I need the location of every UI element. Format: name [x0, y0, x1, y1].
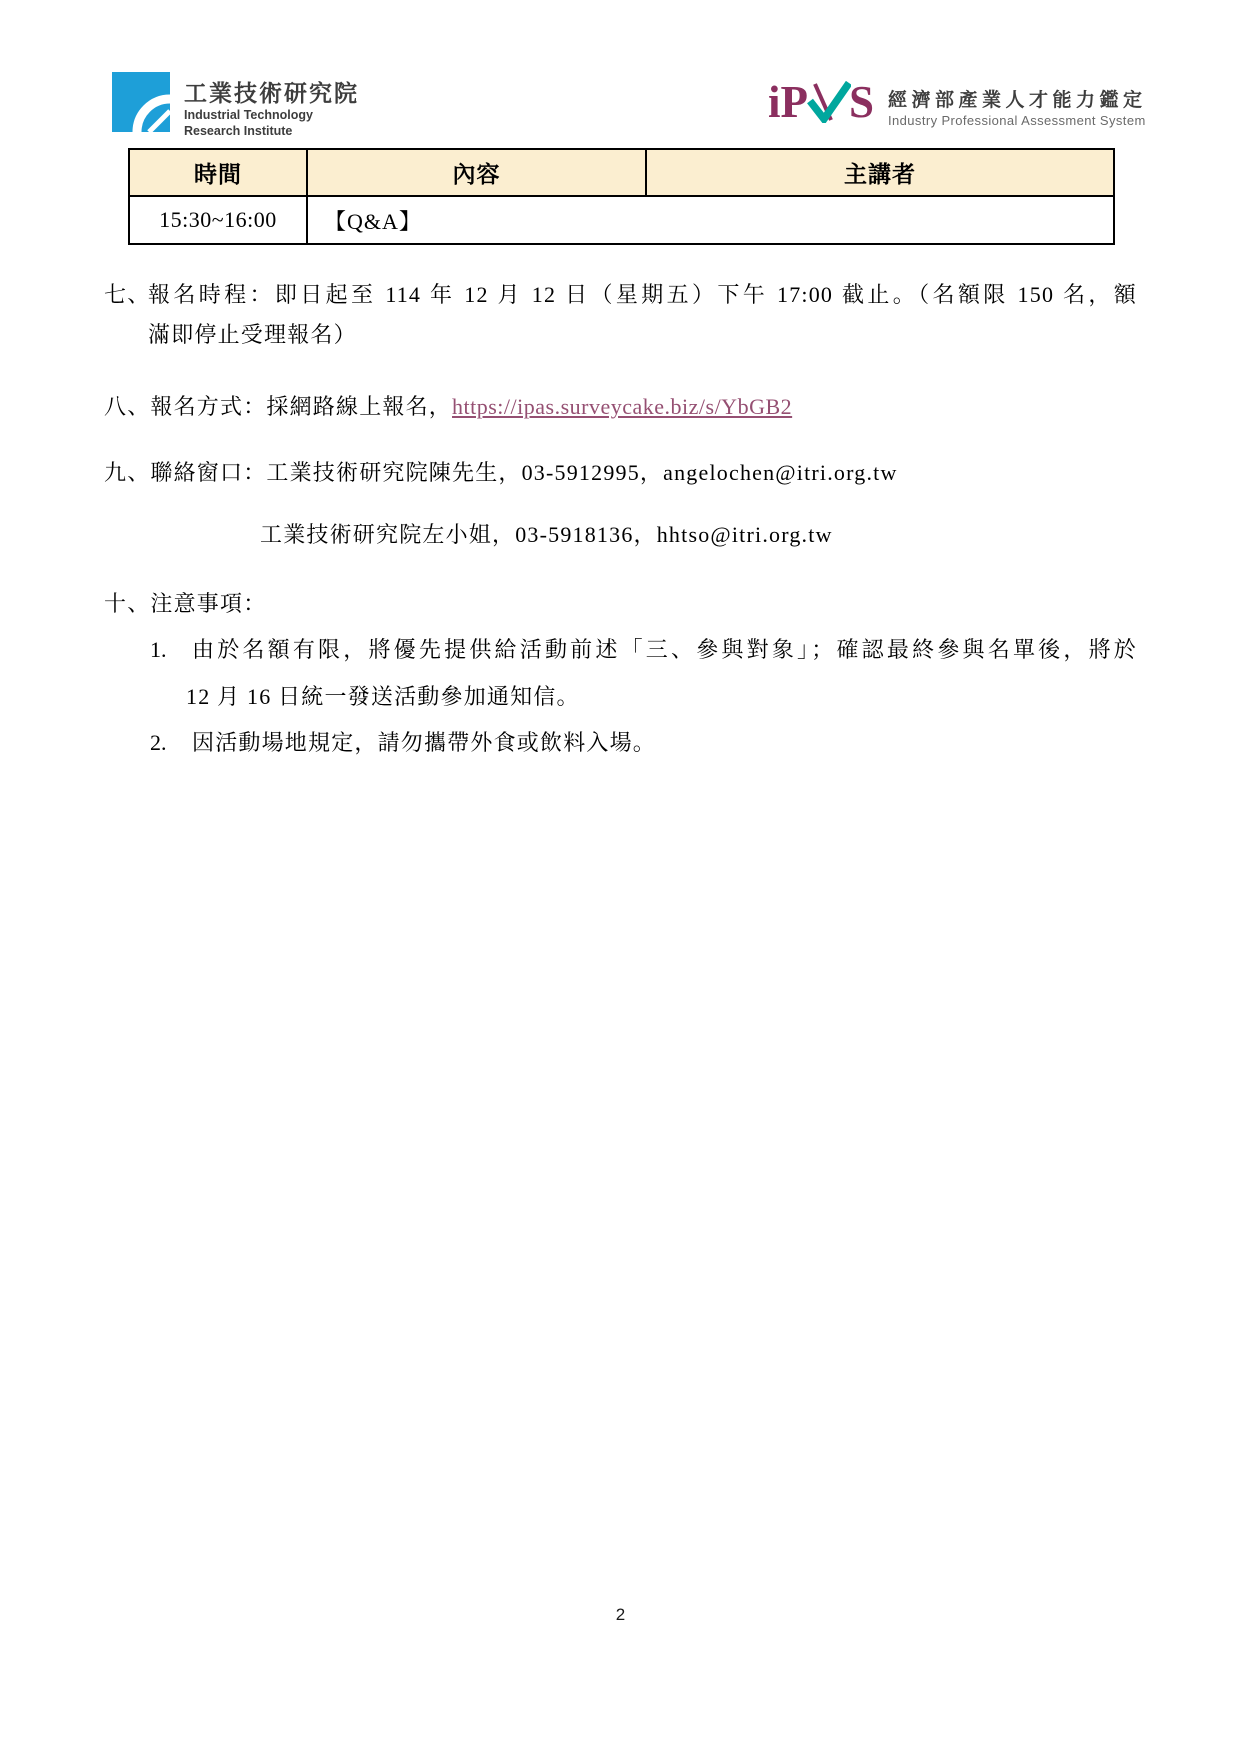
section-9-line-2: 工業技術研究院左小姐，03-5918136，hhtso@itri.org.tw	[260, 520, 1241, 550]
note-item-2-number: 2.	[150, 728, 167, 758]
section-9-label: 九、	[104, 460, 150, 485]
cell-content: 【Q&A】	[307, 196, 1114, 244]
section-8-label: 八、	[104, 394, 150, 419]
table-header-row: 時間 內容 主講者	[129, 149, 1114, 196]
page-number: 2	[0, 1605, 1241, 1625]
section-10-heading: 注意事項：	[150, 591, 266, 616]
section-7-text-2: 滿即停止受理報名）	[148, 322, 357, 347]
note-item-2-text: 因活動場地規定，請勿攜帶外食或飲料入場。	[192, 728, 1137, 758]
section-8-line: 八、報名方式：採網路線上報名，https://ipas.surveycake.b…	[104, 392, 1137, 422]
ipas-wordmark-suffix: S	[849, 80, 874, 125]
itri-logo-mark-icon	[112, 72, 170, 132]
registration-link[interactable]: https://ipas.surveycake.biz/s/YbGB2	[452, 394, 792, 419]
ipas-wordmark: iP S	[768, 80, 874, 125]
ipas-logo: iP S 經濟部產業人才能力鑑定 Industry Professional A…	[768, 80, 1147, 128]
note-item-1-text-1: 由於名額有限，將優先提供給活動前述「三、參與對象」；確認最終參與名單後，將於	[192, 635, 1137, 665]
itri-name-zh: 工業技術研究院	[184, 80, 359, 106]
ipas-wordmark-prefix: iP	[768, 80, 808, 125]
column-header-time: 時間	[129, 149, 307, 196]
ipas-checkmark-icon	[807, 81, 851, 123]
cell-time: 15:30~16:00	[129, 196, 307, 244]
section-8-text: 報名方式：採網路線上報名，	[150, 394, 452, 419]
schedule-table: 時間 內容 主講者 15:30~16:00 【Q&A】	[128, 148, 1115, 245]
note-item-2-line: 2. 因活動場地規定，請勿攜帶外食或飲料入場。	[148, 728, 1137, 758]
table-row: 15:30~16:00 【Q&A】	[129, 196, 1114, 244]
ipas-name-zh: 經濟部產業人才能力鑑定	[888, 90, 1147, 111]
section-7-text-1: 報名時程：即日起至 114 年 12 月 12 日（星期五）下午 17:00 截…	[148, 280, 1137, 310]
section-9-text-1: 聯絡窗口：工業技術研究院陳先生，03-5912995，angelochen@it…	[150, 460, 897, 485]
column-header-content: 內容	[307, 149, 646, 196]
note-item-1-line-2: 12 月 16 日統一發送活動參加通知信。	[186, 682, 1219, 712]
section-10-label: 十、	[104, 591, 150, 616]
section-7-line-2: 滿即停止受理報名）	[148, 320, 1181, 350]
itri-logo-text: 工業技術研究院 Industrial Technology Research I…	[184, 72, 359, 138]
section-9-line-1: 九、聯絡窗口：工業技術研究院陳先生，03-5912995，angelochen@…	[104, 458, 1137, 488]
itri-name-en-line1: Industrial Technology	[184, 109, 359, 122]
itri-name-en-line2: Research Institute	[184, 125, 359, 138]
note-item-1-number: 1.	[150, 635, 167, 665]
note-item-1-line-1: 1. 由於名額有限，將優先提供給活動前述「三、參與對象」；確認最終參與名單後，將…	[148, 635, 1137, 665]
section-7-line-1: 七、 報名時程：即日起至 114 年 12 月 12 日（星期五）下午 17:0…	[104, 280, 1137, 310]
itri-logo: 工業技術研究院 Industrial Technology Research I…	[112, 72, 359, 138]
section-7-label: 七、	[104, 280, 150, 310]
column-header-speaker: 主講者	[646, 149, 1114, 196]
section-10-heading-line: 十、注意事項：	[104, 589, 1137, 619]
section-9-text-2: 工業技術研究院左小姐，03-5918136，hhtso@itri.org.tw	[260, 522, 833, 547]
note-item-1-text-2: 12 月 16 日統一發送活動參加通知信。	[186, 684, 580, 709]
ipas-logo-text: 經濟部產業人才能力鑑定 Industry Professional Assess…	[888, 80, 1147, 128]
document-page: 工業技術研究院 Industrial Technology Research I…	[0, 0, 1241, 1755]
ipas-name-en: Industry Professional Assessment System	[888, 113, 1147, 128]
